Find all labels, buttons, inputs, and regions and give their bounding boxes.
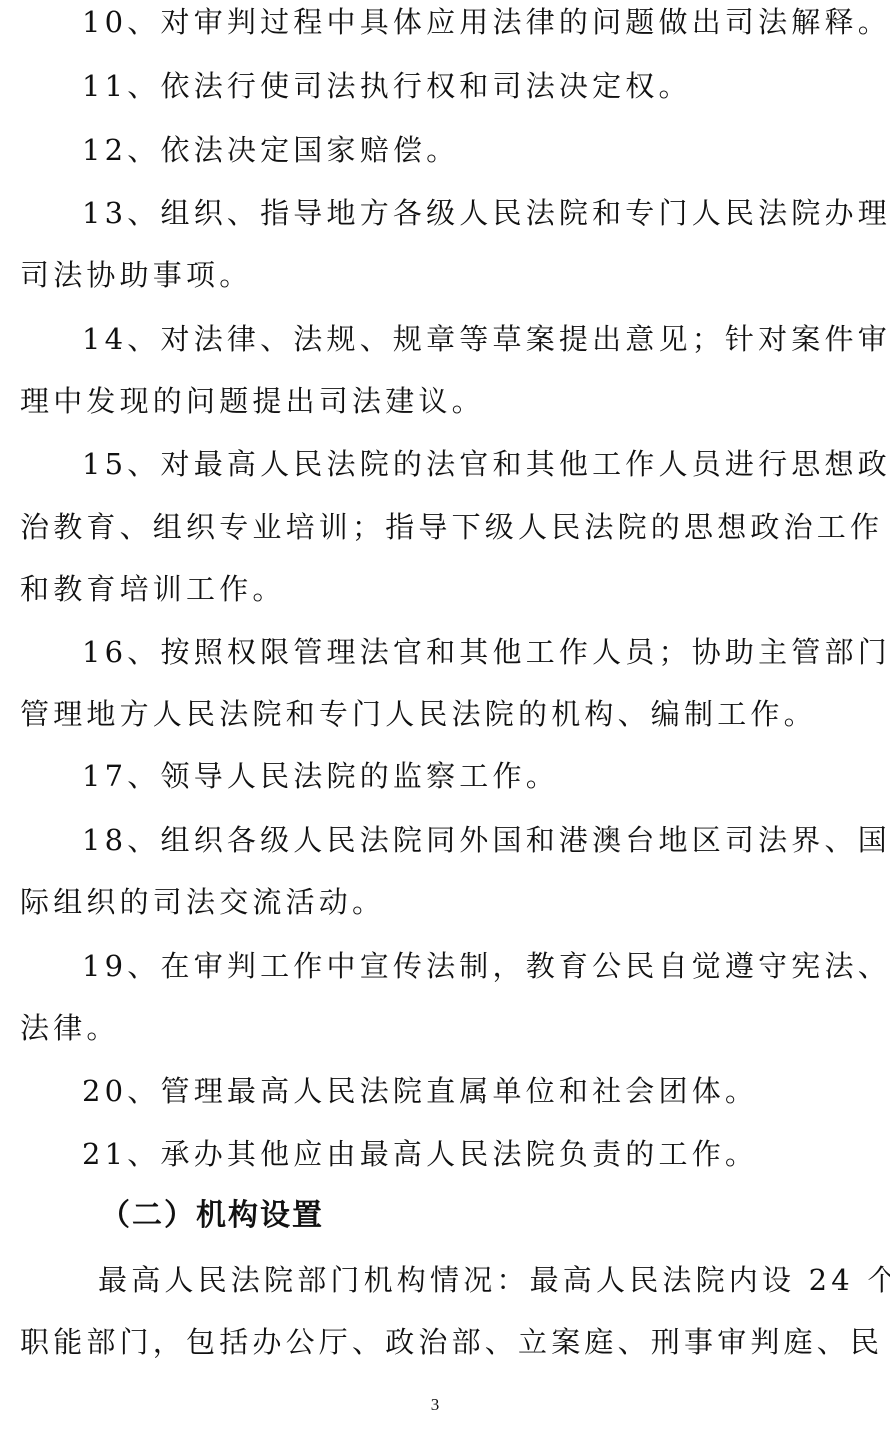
list-item-21: 21、承办其他应由最高人民法院负责的工作。: [82, 1134, 758, 1174]
list-item-18: 18、组织各级人民法院同外国和港澳台地区司法界、国: [82, 820, 890, 860]
list-item-20: 20、管理最高人民法院直属单位和社会团体。: [82, 1071, 758, 1111]
list-item-13: 13、组织、指导地方各级人民法院和专门人民法院办理: [82, 193, 890, 233]
list-item-12: 12、依法决定国家赔偿。: [82, 130, 459, 170]
list-item-13-cont: 司法协助事项。: [20, 255, 252, 295]
list-item-16: 16、按照权限管理法官和其他工作人员；协助主管部门: [82, 632, 890, 672]
list-item-15-cont1: 治教育、组织专业培训；指导下级人民法院的思想政治工作: [20, 507, 883, 547]
list-item-19-cont: 法律。: [20, 1008, 120, 1048]
section-paragraph-line1: 最高人民法院部门机构情况：最高人民法院内设 24 个: [98, 1260, 890, 1300]
section-paragraph-line2: 职能部门，包括办公厅、政治部、立案庭、刑事审判庭、民: [20, 1322, 883, 1362]
list-item-19: 19、在审判工作中宣传法制，教育公民自觉遵守宪法、: [82, 946, 890, 986]
list-item-18-cont: 际组织的司法交流活动。: [20, 882, 385, 922]
list-item-15-cont2: 和教育培训工作。: [20, 569, 286, 609]
list-item-17: 17、领导人民法院的监察工作。: [82, 756, 559, 796]
list-item-10: 10、对审判过程中具体应用法律的问题做出司法解释。: [82, 2, 890, 42]
section-heading: （二）机构设置: [100, 1196, 324, 1236]
list-item-14: 14、对法律、法规、规章等草案提出意见；针对案件审: [82, 319, 890, 359]
list-item-15: 15、对最高人民法院的法官和其他工作人员进行思想政: [82, 444, 890, 484]
list-item-16-cont: 管理地方人民法院和专门人民法院的机构、编制工作。: [20, 694, 817, 734]
list-item-11: 11、依法行使司法执行权和司法决定权。: [82, 66, 692, 106]
list-item-14-cont: 理中发现的问题提出司法建议。: [20, 381, 485, 421]
page-number: 3: [0, 1395, 870, 1415]
